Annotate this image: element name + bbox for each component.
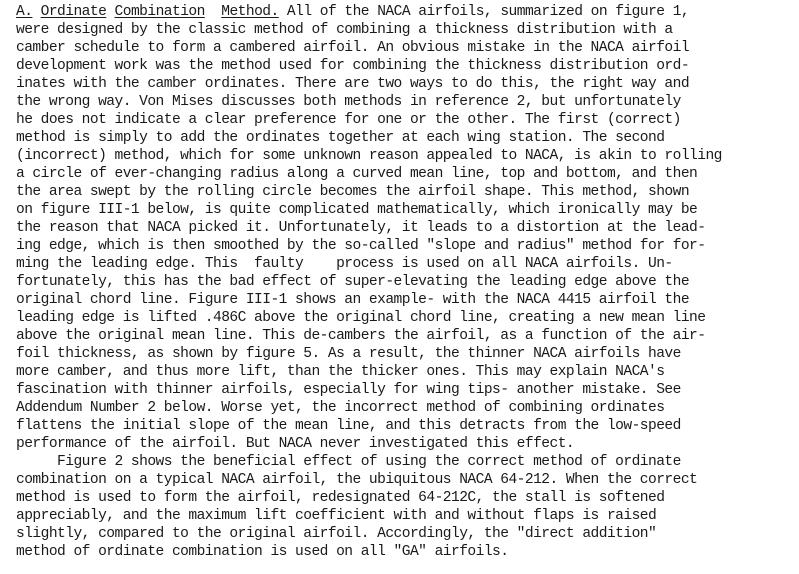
heading-word-method: Method. [221, 4, 278, 20]
text-line: more camber, and thus more lift, than th… [16, 363, 664, 381]
text-line: on figure III-1 below, is quite complica… [16, 201, 697, 219]
heading-line: A. Ordinate Combination Method. All of t… [16, 3, 689, 21]
text-line: he does not indicate a clear preference … [16, 111, 681, 129]
text-line: ing edge, which is then smoothed by the … [16, 237, 705, 255]
text-line: original chord line. Figure III-1 shows … [16, 291, 689, 309]
text-line: combination on a typical NACA airfoil, t… [16, 471, 697, 489]
text-line: the wrong way. Von Mises discusses both … [16, 93, 681, 111]
text-line: method is used to form the airfoil, rede… [16, 489, 664, 507]
heading-word-combination: Combination [115, 4, 205, 20]
text-line: method is simply to add the ordinates to… [16, 129, 664, 147]
text-line: appreciably, and the maximum lift coeffi… [16, 507, 656, 525]
text-line: inates with the camber ordinates. There … [16, 75, 689, 93]
text-line: ming the leading edge. This faulty proce… [16, 255, 673, 273]
text-line: fortunately, this has the bad effect of … [16, 273, 689, 291]
section-label: A. [16, 4, 32, 20]
heading-word-ordinate: Ordinate [41, 4, 107, 20]
text-line: the area swept by the rolling circle bec… [16, 183, 689, 201]
text-line: Addendum Number 2 below. Worse yet, the … [16, 399, 664, 417]
text-line: were designed by the classic method of c… [16, 21, 673, 39]
text-line: foil thickness, as shown by figure 5. As… [16, 345, 681, 363]
text-line: development work was the method used for… [16, 57, 689, 75]
text-line: method of ordinate combination is used o… [16, 543, 508, 561]
text-line: leading edge is lifted .486C above the o… [16, 309, 705, 327]
text-line: Figure 2 shows the beneficial effect of … [16, 453, 681, 471]
text-line: the reason that NACA picked it. Unfortun… [16, 219, 705, 237]
text-line: All of the NACA airfoils, summarized on … [279, 4, 689, 20]
text-line: flattens the initial slope of the mean l… [16, 417, 681, 435]
text-line: slightly, compared to the original airfo… [16, 525, 656, 543]
text-line: above the original mean line. This de-ca… [16, 327, 705, 345]
document-page: A. Ordinate Combination Method. All of t… [0, 0, 799, 574]
text-line: camber schedule to form a cambered airfo… [16, 39, 689, 57]
text-line: fascination with thinner airfoils, espec… [16, 381, 681, 399]
text-line: performance of the airfoil. But NACA nev… [16, 435, 574, 453]
text-line: (incorrect) method, which for some unkno… [16, 147, 722, 165]
text-line: a circle of ever-changing radius along a… [16, 165, 697, 183]
